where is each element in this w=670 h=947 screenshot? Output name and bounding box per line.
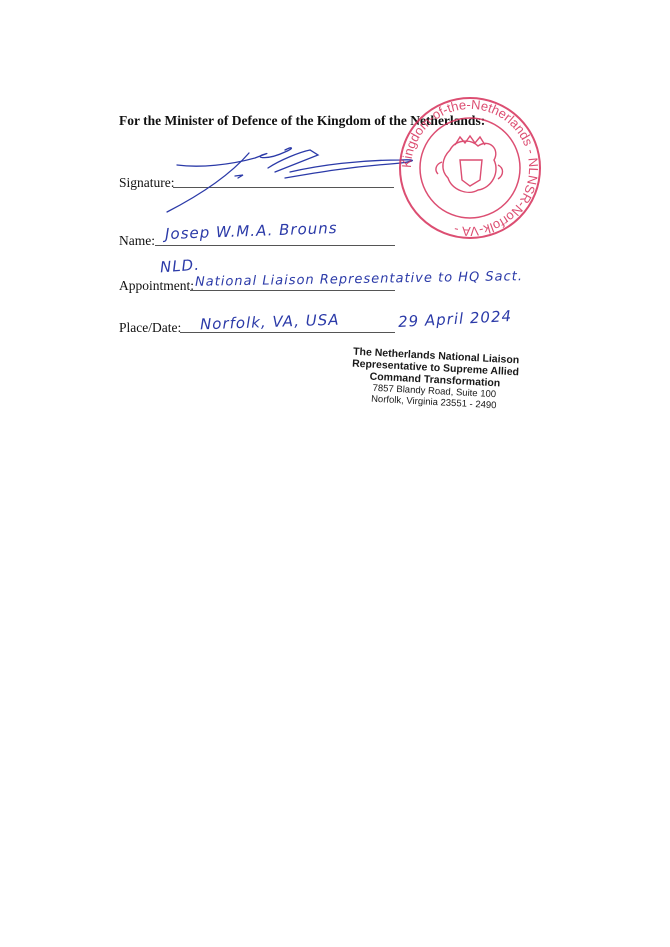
signature-scribble	[167, 148, 412, 212]
official-seal: Kingdom-of-the-Netherlands - NLNSR-Norfo…	[399, 97, 541, 239]
coat-of-arms-icon	[436, 136, 503, 192]
address-stamp: The Netherlands National Liaison Represe…	[339, 345, 532, 413]
signature-and-seal-graphics: Kingdom-of-the-Netherlands - NLNSR-Norfo…	[0, 0, 670, 947]
